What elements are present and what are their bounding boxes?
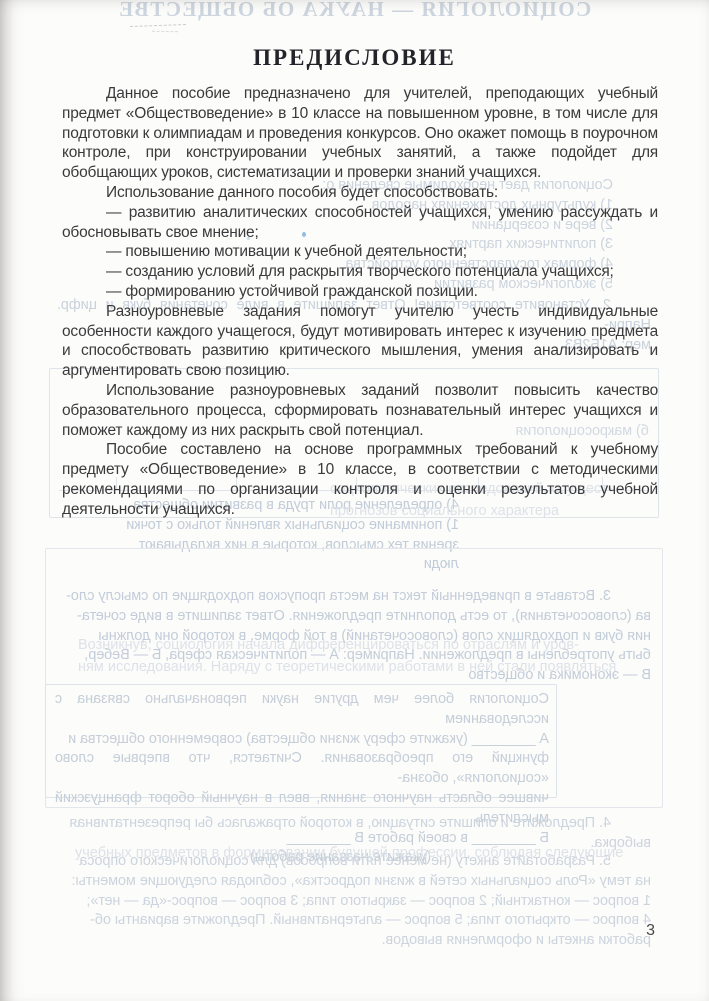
paragraph: Использование данного пособия будет спос… [62, 183, 658, 203]
paragraph: — развитию аналитических способностей уч… [62, 203, 658, 243]
bleedthrough-box [45, 684, 557, 798]
bleedthrough-text: Возникнув, социология начала дифференцир… [78, 634, 638, 678]
scanned-page: СОЦИОЛОГИЯ — НАУКА ОБ ОБЩЕСТВЕ Социологи… [0, 0, 709, 1001]
paragraph: Данное пособие предназначено для учителе… [62, 84, 658, 183]
paragraph: — формированию устойчивой гражданской по… [62, 282, 658, 302]
bleedthrough-text: 3. Вставьте в приведенный текст на места… [57, 587, 651, 686]
bleedthrough-box [45, 548, 663, 808]
page-number: 3 [646, 922, 655, 940]
bleedthrough-chapter-title: СОЦИОЛОГИЯ — НАУКА ОБ ОБЩЕСТВЕ [0, 0, 709, 20]
bleedthrough-text: учебных предметов в формировании будущей… [75, 842, 635, 864]
paragraph: Использование разноуровневых заданий поз… [62, 381, 658, 440]
paragraph: Пособие составлено на основе программных… [62, 440, 658, 519]
paragraph: — созданию условий для раскрытия творчес… [62, 262, 658, 282]
paragraph: — повышению мотивации к учебной деятельн… [62, 242, 658, 262]
bleedthrough-text: 4. Предложите и опишите ситуацию, в кото… [57, 814, 651, 854]
bleedthrough-text: 5. Разработайте анкету (не менее пяти во… [57, 852, 651, 951]
paragraph: Разноуровневые задания помогут учителю у… [62, 302, 658, 381]
pencil-scribble [152, 31, 178, 34]
bleedthrough-text: Социология более чем другие науки первон… [55, 690, 549, 868]
page-title: ПРЕДИСЛОВИЕ [0, 45, 709, 71]
preface-text: Данное пособие предназначено для учителе… [62, 84, 658, 520]
